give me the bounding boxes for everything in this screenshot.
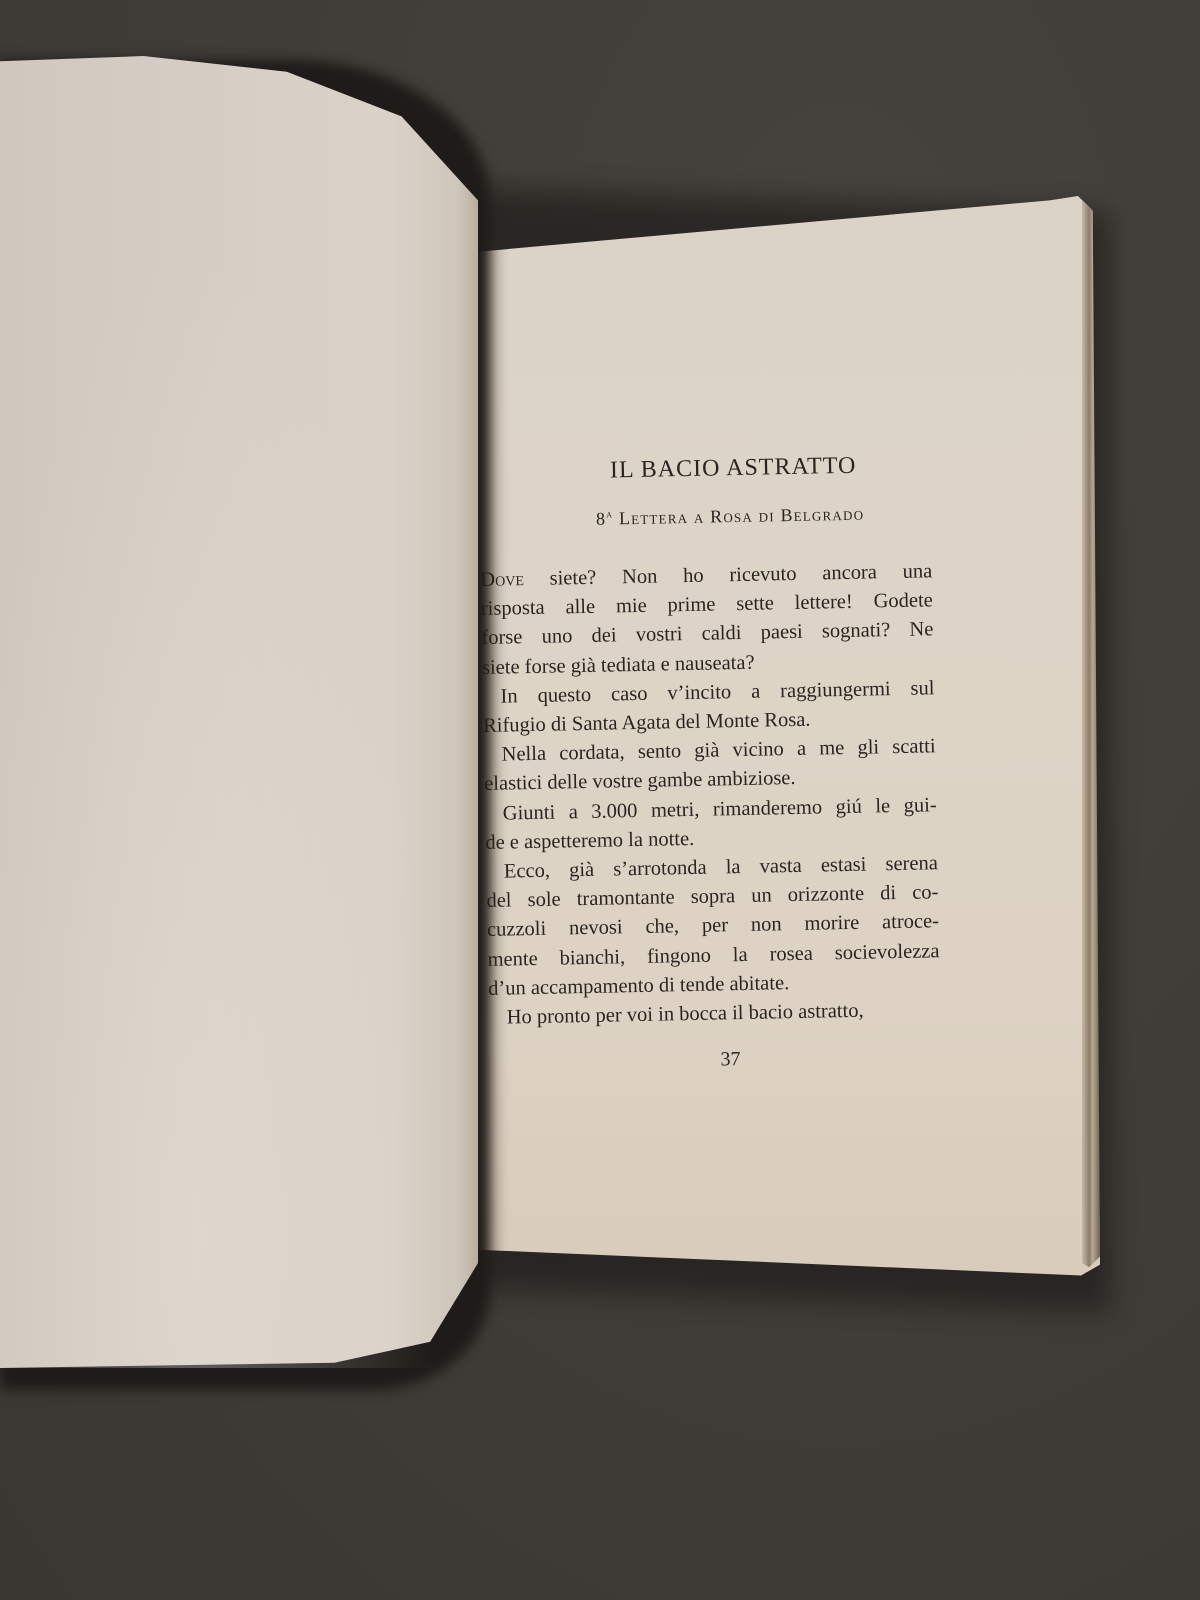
- letter-ordinal: a: [606, 506, 613, 520]
- letter-body: Dove siete? Non ho ricevuto ancora unari…: [480, 557, 941, 1033]
- letter-number: 8: [596, 509, 607, 529]
- left-page-curled: [0, 56, 478, 1368]
- subtitle-text: Lettera a Rosa di Belgrado: [619, 504, 865, 529]
- photo-scene: IL BACIO ASTRATTO 8a Lettera a Rosa di B…: [0, 0, 1200, 1600]
- page-text-block: IL BACIO ASTRATTO 8a Lettera a Rosa di B…: [478, 451, 942, 1076]
- chapter-subtitle: 8a Lettera a Rosa di Belgrado: [529, 500, 931, 531]
